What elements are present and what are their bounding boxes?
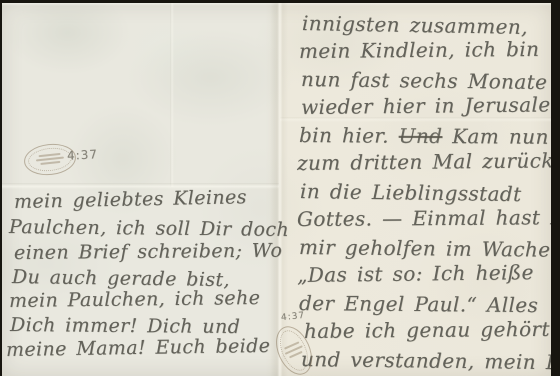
handwriting-line: zum dritten Mal zurück — [297, 148, 551, 175]
letter-paper: mein geliebtes Kleines Paulchen, ich sol… — [2, 3, 551, 376]
handwriting-line: wieder hier in Jerusalem — [301, 92, 551, 119]
handwriting-line: in die Lieblingsstadt — [300, 179, 522, 206]
catalog-note: 4:37 — [67, 147, 99, 163]
letter-scan: mein geliebtes Kleines Paulchen, ich sol… — [0, 0, 560, 376]
handwriting-line: der Engel Paul.“ Alles — [299, 291, 538, 317]
handwriting-line: mir geholfen im Wachen: — [299, 235, 551, 262]
handwriting-line: mein Kindlein, ich bin — [299, 37, 540, 63]
catalog-note: 4:37 — [281, 311, 306, 323]
handwriting-line: mein Paulchen, ich sehe — [9, 287, 261, 312]
crease-vertical-left — [170, 3, 174, 187]
handwriting-line: innigsten zusammen, — [302, 11, 528, 39]
handwriting-line: und verstanden, mein Kind — [301, 347, 551, 375]
strikethrough-word: Und — [399, 124, 443, 148]
handwriting-segment: Kam nun — [442, 124, 549, 149]
handwriting-line: mein geliebtes Kleines — [14, 186, 247, 213]
handwriting-line: Paulchen, ich soll Dir doch — [9, 216, 289, 241]
handwriting-line: meine Mama! Euch beide — [6, 335, 271, 361]
handwriting-line: einen Brief schreiben; Wo — [14, 240, 282, 264]
handwriting-line: „Das ist so: Ich heiße — [297, 260, 534, 287]
handwriting-line: bin hier. Und Kam nun — [299, 123, 549, 149]
handwriting-line: habe ich genau gehört — [304, 317, 550, 343]
stamp-text-mark — [40, 161, 60, 165]
handwriting-segment: bin hier. — [299, 123, 399, 148]
handwriting-line: Gottes. — Einmal hast Du — [297, 205, 551, 231]
handwriting-line: nun fast sechs Monate — [301, 67, 548, 94]
handwriting-line: Dich immer! Dich und — [10, 314, 240, 338]
